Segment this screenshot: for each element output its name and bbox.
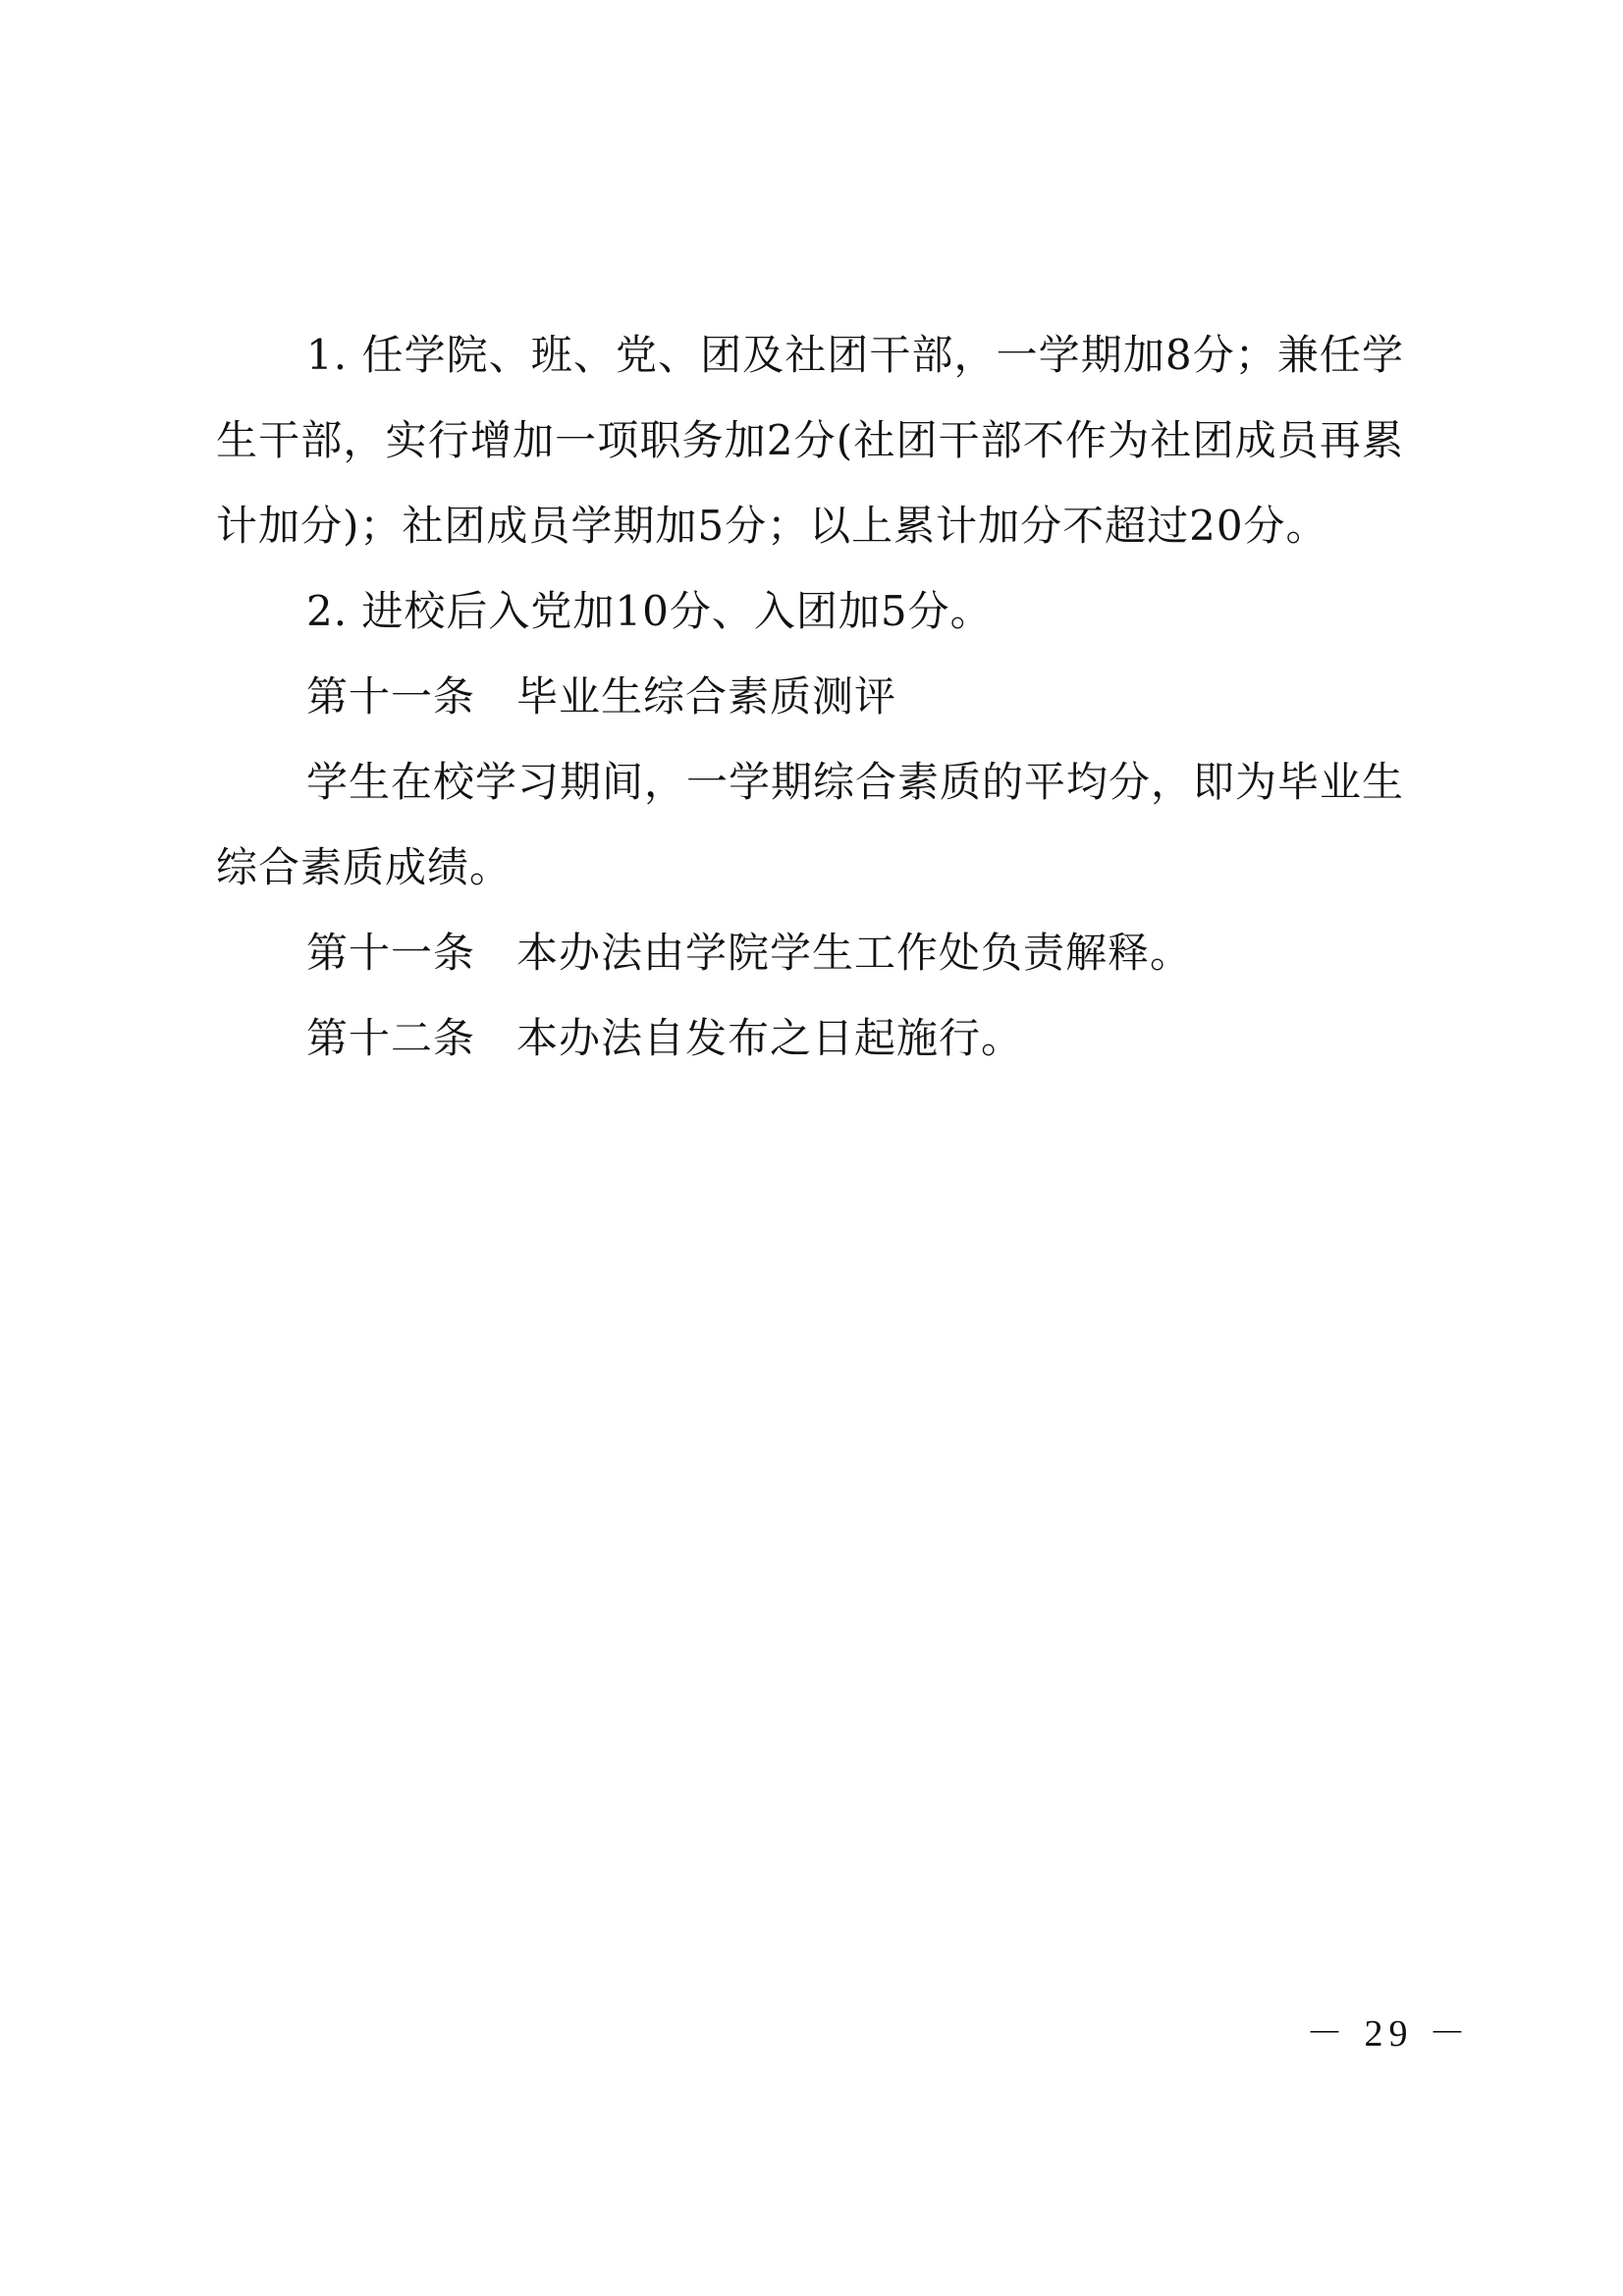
article-label: 第十二条 xyxy=(306,1014,475,1062)
article-text: 本办法自发布之日起施行。 xyxy=(516,1014,1023,1062)
graduate-score-paragraph: 学生在校学习期间，一学期综合素质的平均分，即为毕业生综合素质成绩。 xyxy=(216,739,1404,910)
item-2-paragraph: 2. 进校后入党加10分、入团加5分。 xyxy=(216,568,1404,654)
item-1-paragraph: 1. 任学院、班、党、团及社团干部，一学期加8分；兼任学生干部，实行增加一项职务… xyxy=(216,312,1404,568)
article-title: 毕业生综合素质测评 xyxy=(516,672,896,721)
page-number: － 29 － xyxy=(1306,2002,1472,2056)
article-effective-date: 第十二条本办法自发布之日起施行。 xyxy=(216,995,1404,1081)
article-label: 第十一条 xyxy=(306,929,475,977)
document-body: 1. 任学院、班、党、团及社团干部，一学期加8分；兼任学生干部，实行增加一项职务… xyxy=(216,312,1404,1081)
article-text: 本办法由学院学生工作处负责解释。 xyxy=(516,929,1192,977)
article-11-heading: 第十一条毕业生综合素质测评 xyxy=(216,654,1404,739)
document-page: 1. 任学院、班、党、团及社团干部，一学期加8分；兼任学生干部，实行增加一项职务… xyxy=(0,0,1623,2296)
article-label: 第十一条 xyxy=(306,672,475,721)
article-interpretation: 第十一条本办法由学院学生工作处负责解释。 xyxy=(216,910,1404,995)
